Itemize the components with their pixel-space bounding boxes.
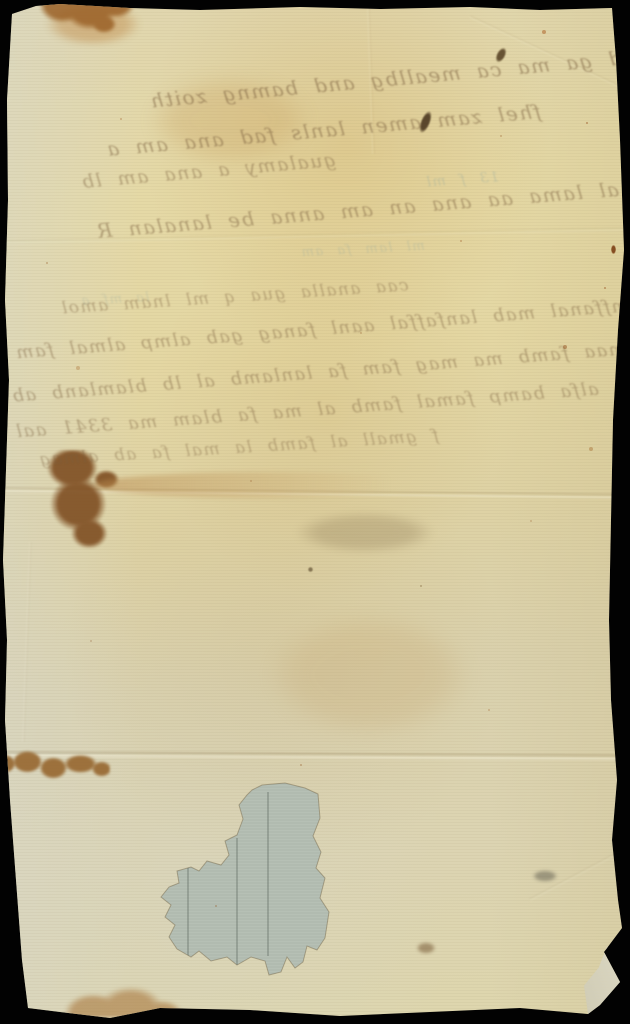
photo-black-backdrop: dd fml lad ga ma ca meallbg and bamng zo…	[0, 0, 630, 1024]
letter-paper-verso: dd fml lad ga ma ca meallbg and bamng zo…	[0, 0, 630, 1024]
foxing-speckles	[0, 0, 2, 2]
adhered-fragment-patch	[0, 0, 630, 1024]
